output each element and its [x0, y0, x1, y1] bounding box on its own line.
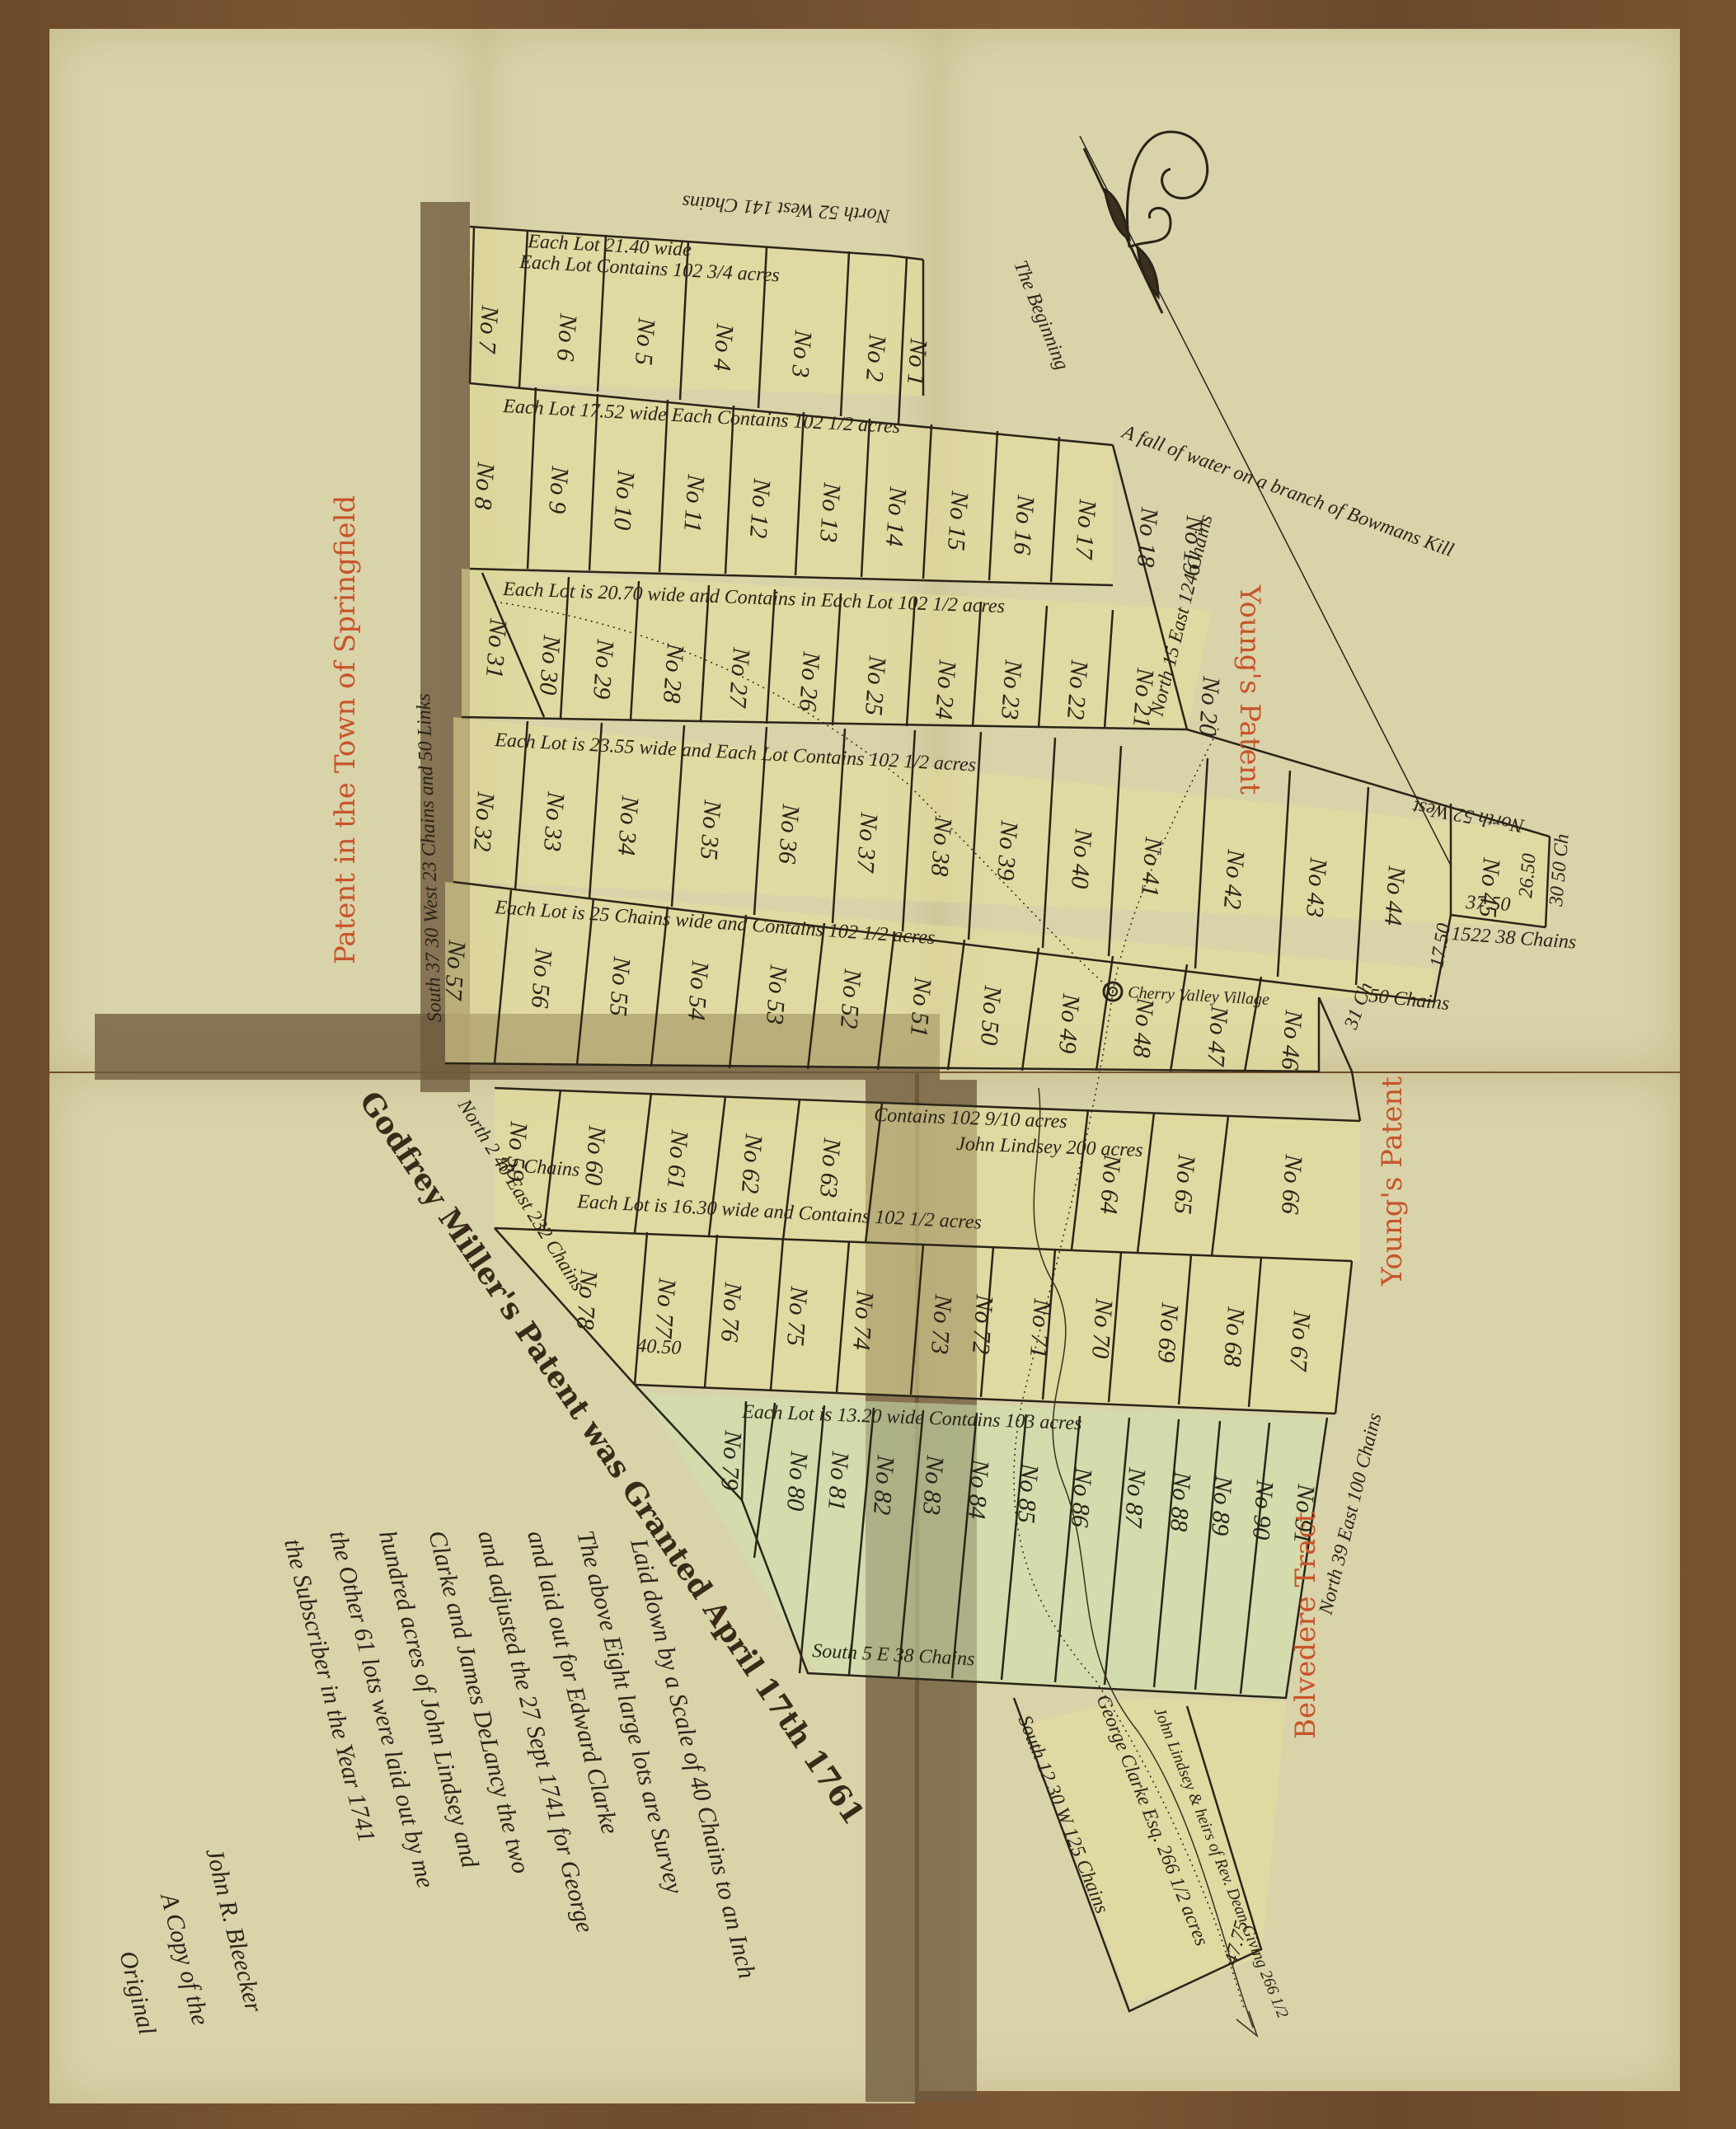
lot-no-14: No 14: [880, 485, 912, 548]
lot-no-28: No 28: [658, 642, 689, 705]
label-springfield-patent: Patent in the Town of Springfield: [329, 495, 362, 964]
label-youngs-patent-upper: Young's Patent: [1233, 584, 1266, 795]
lot-no-20: No 20: [1194, 675, 1225, 738]
lot-no-34: No 34: [612, 795, 644, 857]
lot-no-85: No 85: [1012, 1462, 1044, 1525]
label-youngs-patent-lower: Young's Patent: [1376, 1076, 1409, 1287]
lot-no-69: No 69: [1152, 1301, 1184, 1364]
lot-no-32: No 32: [468, 790, 500, 853]
lot-no-30: No 30: [534, 634, 565, 696]
lot-no-88: No 88: [1165, 1470, 1196, 1533]
lot-no-53: No 53: [761, 964, 792, 1026]
lot-no-13: No 13: [814, 481, 846, 544]
lot-no-60: No 60: [579, 1124, 611, 1187]
lot-no-43: No 43: [1301, 856, 1332, 919]
lot-no-82: No 82: [868, 1454, 899, 1517]
lot-no-51: No 51: [905, 976, 936, 1039]
lot-no-54: No 54: [683, 959, 714, 1022]
lot-no-81: No 81: [823, 1450, 854, 1512]
lot-no-39: No 39: [992, 819, 1023, 882]
north-arrow-flourish-icon: [1084, 132, 1208, 313]
lot-no-59: No 59: [501, 1120, 533, 1183]
lot-no-62: No 62: [736, 1132, 767, 1195]
lot-no-57: No 57: [439, 939, 471, 1003]
lot-no-55: No 55: [604, 955, 636, 1018]
annotation-top-boundary: North 52 West 141 Chains: [682, 190, 892, 227]
cert-signature: John R. Bleecker: [200, 1845, 267, 2015]
lot-no-33: No 33: [538, 790, 570, 853]
lot-no-6: No 6: [551, 312, 582, 363]
lot-no-29: No 29: [588, 638, 619, 701]
lot-no-73: No 73: [926, 1293, 957, 1356]
lot-no-2: No 2: [861, 333, 891, 383]
lot-no-21: No 21: [1128, 667, 1159, 729]
lot-no-27: No 27: [724, 646, 755, 710]
lot-no-78: No 78: [571, 1268, 603, 1331]
lot-no-7: No 7: [473, 304, 504, 356]
annotation-waterfall: A fall of water on a branch of Bowmans K…: [1118, 421, 1457, 562]
lot-no-68: No 68: [1218, 1306, 1250, 1368]
lot-no-35: No 35: [695, 799, 726, 861]
lot-no-66: No 66: [1276, 1153, 1307, 1216]
lot-no-48: No 48: [1128, 997, 1159, 1059]
lot-no-44: No 44: [1379, 865, 1410, 927]
lot-no-56: No 56: [526, 947, 557, 1010]
lot-no-84: No 84: [963, 1458, 994, 1521]
lot-no-83: No 83: [917, 1454, 949, 1517]
lot-no-36: No 36: [773, 803, 805, 865]
lot-no-45: No 45: [1474, 856, 1505, 919]
cert-copy-line-1: A Copy of the: [155, 1889, 214, 2028]
lot-no-52: No 52: [835, 968, 866, 1030]
lot-no-86: No 86: [1066, 1466, 1097, 1529]
lot-no-50: No 50: [975, 984, 1006, 1047]
lot-no-38: No 38: [926, 815, 957, 878]
lot-no-19: No 19: [1177, 514, 1208, 577]
lot-no-9: No 9: [543, 465, 574, 515]
lot-no-89: No 89: [1206, 1475, 1237, 1537]
label-belvedere-tract: Belvedere Tract: [1289, 1511, 1322, 1739]
lot-no-24: No 24: [930, 659, 961, 721]
lot-no-12: No 12: [744, 477, 776, 540]
lot-no-1: No 1: [902, 337, 932, 387]
lot-no-63: No 63: [814, 1137, 846, 1199]
lot-no-70: No 70: [1086, 1297, 1118, 1360]
lot-no-75: No 75: [781, 1285, 813, 1348]
lot-no-23: No 23: [996, 659, 1027, 721]
lot-no-67: No 67: [1284, 1310, 1316, 1374]
lot-no-64: No 64: [1095, 1153, 1126, 1216]
lot-no-65: No 65: [1169, 1153, 1200, 1216]
lot-no-10: No 10: [608, 469, 640, 532]
lot-no-8: No 8: [469, 461, 500, 511]
lot-no-17: No 17: [1070, 498, 1101, 562]
lot-no-40: No 40: [1066, 828, 1097, 890]
lot-no-87: No 87: [1119, 1466, 1151, 1531]
lot-no-91: No 91: [1288, 1483, 1320, 1545]
lot-no-71: No 71: [1025, 1297, 1056, 1360]
lot-no-15: No 15: [942, 490, 974, 552]
lot-no-11: No 11: [678, 473, 710, 533]
annotation-west-boundary-1: South 37 30 West 23 Chains and 50 Links: [413, 693, 446, 1023]
annotation-east-boundary-3: North 39 East 100 Chains: [1315, 1411, 1386, 1618]
survey-map: Patent in the Town of Springfield Young'…: [0, 0, 1736, 2129]
lot-no-31: No 31: [481, 617, 512, 680]
annotation-measure-1750: 17.50: [1426, 921, 1455, 969]
annotation-measure-4050: 40.50: [636, 1335, 682, 1359]
lot-no-76: No 76: [716, 1281, 747, 1344]
annotation-chain-50: 50 Chains: [1368, 985, 1450, 1015]
lot-no-16: No 16: [1008, 494, 1039, 556]
annotation-the-beginning: The Beginning: [1009, 258, 1072, 373]
cert-copy-line-2: Original: [114, 1948, 161, 2038]
lot-no-47: No 47: [1202, 1005, 1233, 1069]
certification-block: Laid down by a Scale of 40 Chains to an …: [114, 1528, 761, 2038]
lot-no-25: No 25: [860, 654, 891, 717]
lot-no-80: No 80: [781, 1450, 813, 1512]
lot-no-90: No 90: [1247, 1479, 1279, 1541]
lot-no-42: No 42: [1218, 848, 1250, 911]
lot-no-5: No 5: [630, 317, 660, 367]
lot-no-77: No 77: [650, 1277, 681, 1341]
annotation-chain-38: 1522 38 Chains: [1451, 923, 1577, 954]
lot-no-79: No 79: [716, 1429, 747, 1492]
lot-no-41: No 41: [1136, 836, 1167, 898]
lot-no-4: No 4: [708, 322, 739, 373]
lot-no-72: No 72: [967, 1293, 998, 1356]
lot-no-3: No 3: [786, 329, 817, 379]
lot-no-26: No 26: [794, 650, 825, 713]
annotation-measure-2650: 26.50: [1515, 852, 1541, 898]
lot-no-37: No 37: [852, 811, 883, 875]
lot-no-61: No 61: [662, 1128, 693, 1191]
lot-no-74: No 74: [847, 1289, 879, 1352]
lot-no-18: No 18: [1132, 506, 1163, 569]
lot-no-22: No 22: [1062, 659, 1093, 721]
lot-no-46: No 46: [1276, 1009, 1307, 1072]
lot-no-49: No 49: [1053, 992, 1085, 1055]
